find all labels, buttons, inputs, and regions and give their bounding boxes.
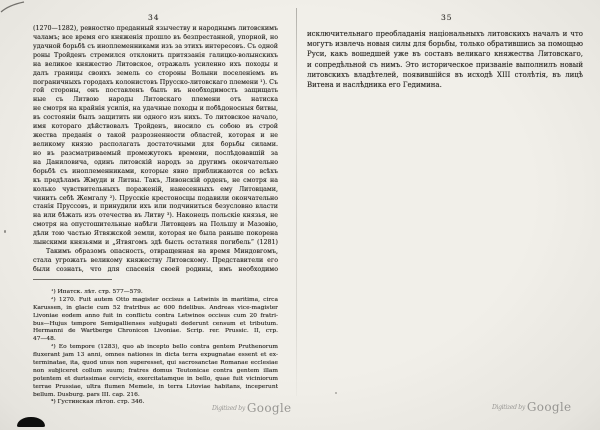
text-line: имя котораго дѣйствовалъ Тройденъ, вноси…	[33, 123, 278, 132]
text-line: fluxerant jam 13 anni, omnes nationes in…	[33, 352, 278, 360]
text-line: Livoniae eodem anno fuit in conflictu co…	[33, 313, 278, 321]
text-line: Руси, какъ вошедшей уже въ составъ велик…	[307, 49, 583, 59]
text-line: на Даниловича, одинъ литовскій народъ за…	[33, 159, 278, 168]
text-line: дѣли тою частью Ятвяжской земли, которая…	[33, 230, 278, 239]
right-page-main-text: исключительнаго преобладанія національны…	[307, 29, 583, 90]
text-line: не смотря на крайнія усилія, на удачные …	[33, 105, 278, 114]
paragraph: (1270—1282), ревностно преданный язычест…	[33, 25, 278, 248]
text-line: пограничныхъ городахъ колонистовъ Прусск…	[33, 79, 278, 88]
book-spread: 34 (1270—1282), ревностно преданный языч…	[0, 0, 600, 430]
text-line: борьбѣ съ иноплеменниками, которые явно …	[33, 168, 278, 177]
google-watermark: Digitized byGoogle	[212, 397, 291, 416]
text-line: литовскихъ владѣтелей, появившійся въ ис…	[307, 70, 583, 80]
pen-stroke-artifact	[0, 0, 26, 14]
text-line: ³) Eo tempore (1283), quo ab incepto bel…	[33, 344, 278, 352]
paragraph: Такимъ образомъ опасность, отвращенная н…	[33, 248, 278, 275]
speck-artifact	[335, 392, 337, 394]
text-line: non subjiceret collum suum; fratres domu…	[33, 368, 278, 376]
text-line: чинить себѣ Жемгалу ²). Прусскіе крестон…	[33, 195, 278, 204]
text-line: terminatae, ita, quod unus non superesse…	[33, 360, 278, 368]
footnote-rule	[33, 279, 112, 280]
text-line: (1270—1282), ревностно преданный язычест…	[33, 25, 278, 34]
text-line: великому князю располагать достаточными …	[33, 141, 278, 150]
text-line: ²) 1270. Fuit autem Otto magister occisu…	[33, 297, 278, 305]
ink-blob-artifact	[17, 417, 45, 427]
text-line: гой стороны, онъ поставленъ былъ въ необ…	[33, 87, 278, 96]
footnote: ²) 1270. Fuit autem Otto magister occisu…	[33, 297, 278, 344]
text-line: ные съ Литвою народы Литовскаго племени …	[33, 96, 278, 105]
text-line: далъ границы своихъ земель со стороны Во…	[33, 70, 278, 79]
text-line: могутъ извлечь новыя силы для борьбы, то…	[307, 39, 583, 49]
page-number: 34	[148, 13, 160, 22]
text-line: въ состояніи былъ защитить ни одного изъ…	[33, 114, 278, 123]
text-line: жества преданія о такой разрозненности о…	[33, 132, 278, 141]
text-line: и сопредѣльной съ нимъ. Это историческое…	[307, 60, 583, 70]
text-line: станія Пруссовъ, и принудили ихъ или под…	[33, 203, 278, 212]
text-line: potentem et durissimae cervicis, exercit…	[33, 376, 278, 384]
text-line: terrae Prussiae, ultra flumen Memele, in…	[33, 384, 278, 392]
text-line: исключительнаго преобладанія національны…	[307, 29, 583, 39]
text-line: bus—Hujus tempore Semigallienses subjuga…	[33, 321, 278, 329]
google-logo-text: Google	[247, 401, 291, 415]
digitized-by-text: Digitized by	[212, 405, 245, 412]
left-page-main-text: (1270—1282), ревностно преданный язычест…	[33, 25, 278, 275]
footnote: ¹) Ипатск. лѣт. стр. 577—579.	[33, 289, 278, 297]
paragraph: исключительнаго преобладанія національны…	[307, 29, 583, 90]
text-line: 47—48.	[33, 336, 278, 344]
text-line: къ предѣламъ Жмуди и Литвы. Такъ, Ливонс…	[33, 177, 278, 186]
text-line: на или бѣжать изъ отечества въ Литву ³).…	[33, 212, 278, 221]
page-gutter-shadow	[296, 8, 297, 396]
page-number: 35	[441, 13, 453, 22]
text-line: Витена и наслѣдника его Гедимина.	[307, 80, 583, 90]
dot-artifact	[4, 230, 6, 233]
text-line: смотря на опустошительные набѣги Литовце…	[33, 221, 278, 230]
text-line: Hermanni de Wartberge Chronicon Livoniae…	[33, 328, 278, 336]
text-line: Такимъ образомъ опасность, отвращенная н…	[33, 248, 278, 257]
text-line: на великое княжество Литовское, отражалъ…	[33, 61, 278, 70]
google-watermark: Digitized byGoogle	[492, 396, 571, 415]
footnotes: ¹) Ипатск. лѣт. стр. 577—579. ²) 1270. F…	[33, 289, 278, 407]
text-line: колько чувствительныхъ пораженій, нанесе…	[33, 186, 278, 195]
text-line: Karussen, in glacie cum 52 fratribus ac …	[33, 305, 278, 313]
text-line: лынскими князьями и „Ятвягомъ здѣ бысть …	[33, 239, 278, 248]
text-line: стала угрожать великому княжеству Литовс…	[33, 257, 278, 266]
text-line: но въ разсматриваемый промежутокъ времен…	[33, 150, 278, 159]
google-logo-text: Google	[527, 400, 571, 414]
digitized-by-text: Digitized by	[492, 404, 525, 411]
text-line: чаламъ; все время его княженія прошло въ…	[33, 34, 278, 43]
footnote: ³) Eo tempore (1283), quo ab incepto bel…	[33, 344, 278, 399]
text-line: роны Тройденъ стремился отклонить притяз…	[33, 52, 278, 61]
text-line: удачной борьбѣ съ иноплеменниками изъ за…	[33, 43, 278, 52]
text-line: ¹) Ипатск. лѣт. стр. 577—579.	[33, 289, 278, 297]
text-line: были сознать, что для спасенія своей род…	[33, 266, 278, 275]
